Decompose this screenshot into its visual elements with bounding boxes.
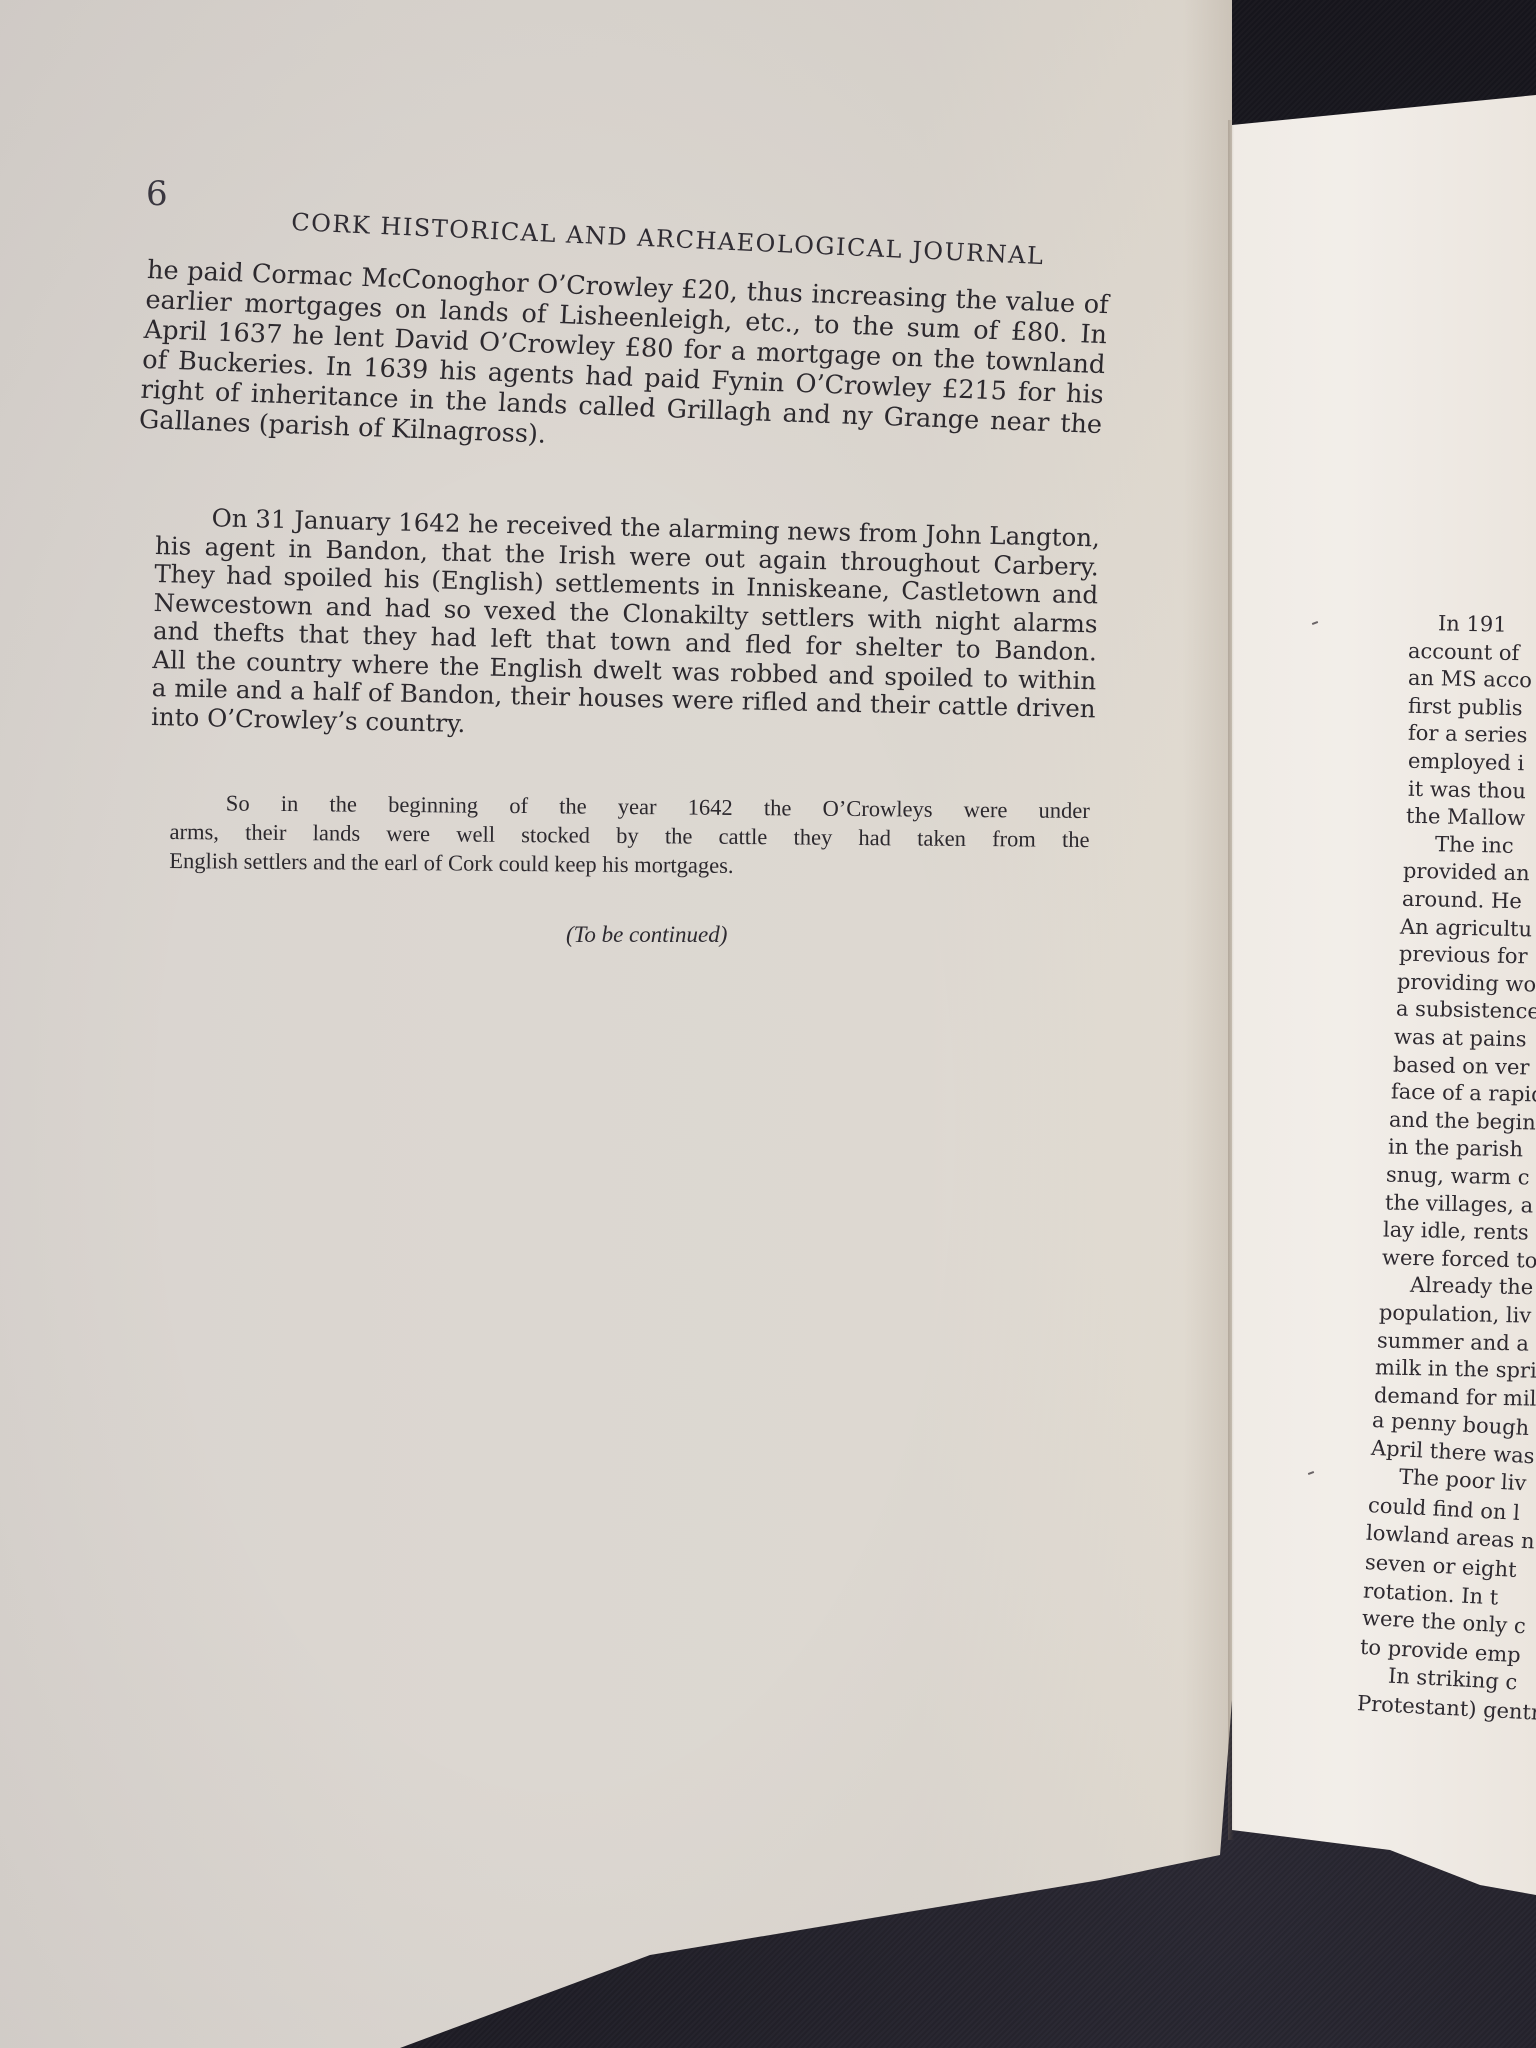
paragraph-2: On 31 January 1642 he received the alarm… — [151, 503, 1100, 752]
right-page-line: In striking c — [1388, 1664, 1518, 1695]
right-page-line: were forced to — [1381, 1245, 1536, 1272]
right-page-line: were the only c — [1361, 1606, 1526, 1639]
right-page-line: was at pains — [1394, 1025, 1527, 1052]
right-page-line: April there was — [1370, 1436, 1535, 1469]
right-page-line: based on ver — [1392, 1052, 1529, 1079]
running-head: CORK HISTORICAL AND ARCHAEOLOGICAL JOURN… — [291, 208, 1045, 270]
paragraph-1: he paid Cormac McConoghor O’Crowley £20,… — [138, 255, 1109, 470]
right-page-line: An agricultu — [1400, 914, 1533, 941]
right-page-line: to provide emp — [1359, 1635, 1521, 1667]
right-page-line: lowland areas n — [1366, 1521, 1536, 1554]
right-page-line: summer and a — [1377, 1328, 1529, 1355]
right-page-line: the villages, a — [1385, 1190, 1534, 1217]
right-page-line: for a series — [1408, 721, 1528, 747]
right-page-line: snug, warm c — [1386, 1162, 1530, 1189]
right-page-line: In 191 — [1438, 611, 1507, 636]
right-page-line: The poor liv — [1399, 1465, 1527, 1496]
right-page-line: face of a rapid — [1391, 1080, 1536, 1107]
right-page-line: previous for — [1398, 942, 1527, 969]
right-page-line: first publis — [1408, 694, 1523, 720]
right-page-line: account of — [1408, 638, 1520, 664]
right-page-line: seven or eight — [1364, 1550, 1517, 1582]
right-page-line: a penny bough — [1372, 1408, 1530, 1440]
page-number: 6 — [146, 174, 168, 214]
right-page-line: a subsistence — [1395, 997, 1536, 1024]
right-page-line: in the parish — [1388, 1135, 1523, 1162]
right-page-line: an MS acco — [1408, 666, 1532, 693]
left-page-content: 6 CORK HISTORICAL AND ARCHAEOLOGICAL JOU… — [0, 0, 1232, 2048]
right-page-line: and the begin — [1389, 1107, 1536, 1134]
right-page-line: around. He — [1402, 887, 1522, 914]
paragraph-3: So in the beginning of the year 1642 the… — [169, 788, 1090, 883]
to-be-continued-note: (To be continued) — [566, 922, 727, 948]
right-page-line: the Mallow — [1406, 804, 1526, 830]
right-page-line: Already the — [1410, 1273, 1534, 1300]
right-page-line: employed i — [1408, 749, 1525, 775]
right-page-line: milk in the spri — [1375, 1355, 1536, 1382]
right-page-line: The inc — [1435, 832, 1514, 858]
right-page-line: population, liv — [1378, 1300, 1531, 1327]
right-page-line: provided an — [1403, 859, 1530, 886]
right-page-line: could find on l — [1367, 1493, 1520, 1525]
right-page-line: rotation. In t — [1363, 1578, 1499, 1609]
right-page-line: demand for mil — [1374, 1383, 1536, 1410]
right-page-line: lay idle, rents — [1383, 1218, 1529, 1245]
right-page-line: Protestant) gentr — [1356, 1691, 1536, 1725]
right-page-line: providing wo — [1397, 969, 1536, 996]
right-page-line: it was thou — [1408, 776, 1526, 802]
